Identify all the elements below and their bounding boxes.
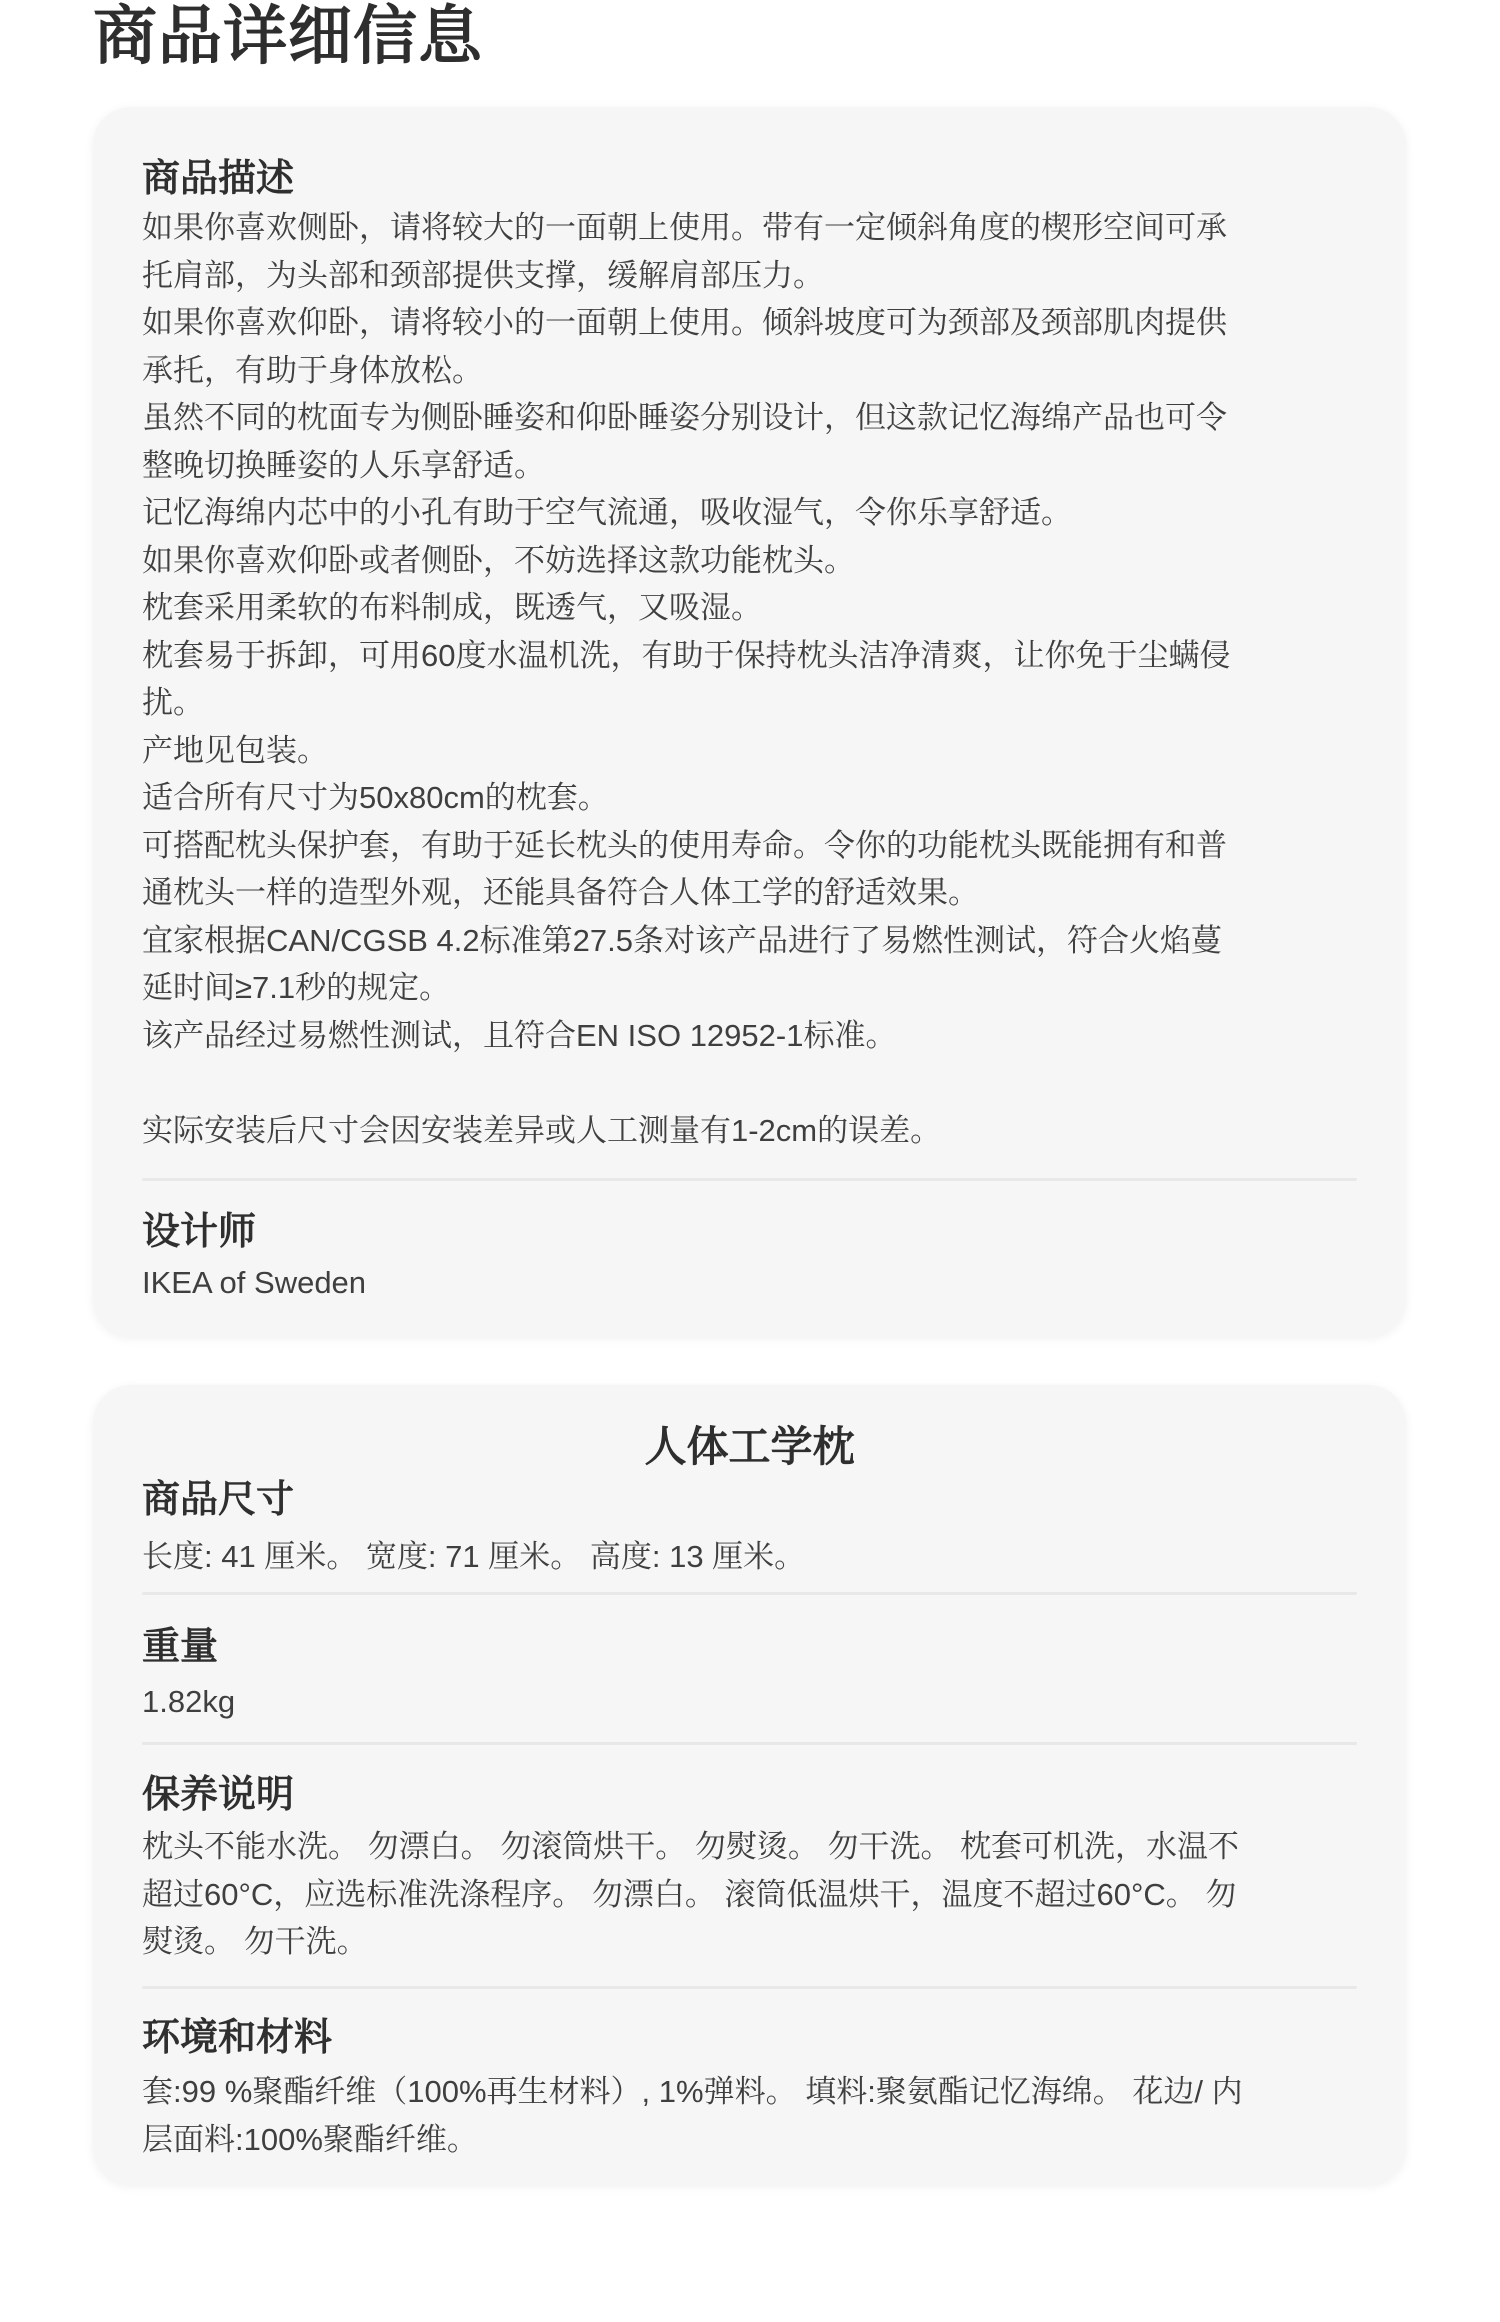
weight-value: 1.82kg xyxy=(142,1678,235,1726)
page-title: 商品详细信息 xyxy=(93,0,483,76)
description-text: 如果你喜欢侧卧，请将较大的一面朝上使用。带有一定倾斜角度的楔形空间可承 托肩部，… xyxy=(142,204,1357,1154)
description-line: 枕套采用柔软的布料制成，既透气，又吸湿。 xyxy=(142,584,1357,632)
divider xyxy=(142,1592,1357,1595)
dimensions-value: 长度: 41 厘米。 宽度: 71 厘米。 高度: 13 厘米。 xyxy=(142,1533,805,1581)
description-line: 记忆海绵内芯中的小孔有助于空气流通，吸收湿气，令你乐享舒适。 xyxy=(142,489,1357,537)
dimensions-heading: 商品尺寸 xyxy=(142,1476,294,1524)
description-line: 延时间≥7.1秒的规定。 xyxy=(142,964,1357,1012)
description-line: 承托，有助于身体放松。 xyxy=(142,347,1357,395)
description-line: 适合所有尺寸为50x80cm的枕套。 xyxy=(142,774,1357,822)
care-heading: 保养说明 xyxy=(142,1771,294,1819)
divider xyxy=(142,1986,1357,1989)
weight-heading: 重量 xyxy=(142,1623,218,1671)
materials-line: 套:99 %聚酯纤维（100%再生材料）, 1%弹料。 填料:聚氨酯记忆海绵。 … xyxy=(142,2068,1372,2116)
description-line: 整晚切换睡姿的人乐享舒适。 xyxy=(142,442,1357,490)
description-blank-line xyxy=(142,1059,1357,1107)
description-line: 宜家根据CAN/CGSB 4.2标准第27.5条对该产品进行了易燃性测试，符合火… xyxy=(142,917,1357,965)
description-line: 如果你喜欢仰卧，请将较小的一面朝上使用。倾斜坡度可为颈部及颈部肌肉提供 xyxy=(142,299,1357,347)
designer-heading: 设计师 xyxy=(142,1208,256,1256)
description-line: 托肩部，为头部和颈部提供支撑，缓解肩部压力。 xyxy=(142,252,1357,300)
care-text: 枕头不能水洗。 勿漂白。 勿滚筒烘干。 勿熨烫。 勿干洗。 枕套可机洗，水温不 … xyxy=(142,1823,1372,1966)
divider xyxy=(142,1742,1357,1745)
care-line: 熨烫。 勿干洗。 xyxy=(142,1918,1372,1966)
description-line: 产地见包装。 xyxy=(142,727,1357,775)
care-line: 枕头不能水洗。 勿漂白。 勿滚筒烘干。 勿熨烫。 勿干洗。 枕套可机洗，水温不 xyxy=(142,1823,1372,1871)
description-line: 如果你喜欢仰卧或者侧卧，不妨选择这款功能枕头。 xyxy=(142,537,1357,585)
care-line: 超过60°C，应选标准洗涤程序。 勿漂白。 滚筒低温烘干，温度不超过60°C。 … xyxy=(142,1871,1372,1919)
description-line: 扰。 xyxy=(142,679,1357,727)
description-heading: 商品描述 xyxy=(142,155,294,203)
materials-text: 套:99 %聚酯纤维（100%再生材料）, 1%弹料。 填料:聚氨酯记忆海绵。 … xyxy=(142,2068,1372,2163)
description-line: 虽然不同的枕面专为侧卧睡姿和仰卧睡姿分别设计，但这款记忆海绵产品也可令 xyxy=(142,394,1357,442)
materials-line: 层面料:100%聚酯纤维。 xyxy=(142,2116,1372,2164)
description-card: 商品描述 如果你喜欢侧卧，请将较大的一面朝上使用。带有一定倾斜角度的楔形空间可承… xyxy=(93,107,1406,1337)
description-line: 该产品经过易燃性测试，且符合EN ISO 12952-1标准。 xyxy=(142,1012,1357,1060)
product-name: 人体工学枕 xyxy=(93,1421,1406,1473)
description-line: 可搭配枕头保护套，有助于延长枕头的使用寿命。令你的功能枕头既能拥有和普 xyxy=(142,822,1357,870)
specs-card: 人体工学枕 商品尺寸 长度: 41 厘米。 宽度: 71 厘米。 高度: 13 … xyxy=(93,1385,1406,2185)
description-line: 通枕头一样的造型外观，还能具备符合人体工学的舒适效果。 xyxy=(142,869,1357,917)
designer-value: IKEA of Sweden xyxy=(142,1259,366,1307)
description-line: 枕套易于拆卸，可用60度水温机洗，有助于保持枕头洁净清爽，让你免于尘螨侵 xyxy=(142,632,1357,680)
divider xyxy=(142,1178,1357,1181)
description-line: 实际安装后尺寸会因安装差异或人工测量有1-2cm的误差。 xyxy=(142,1107,1357,1155)
materials-heading: 环境和材料 xyxy=(142,2014,332,2062)
description-line: 如果你喜欢侧卧，请将较大的一面朝上使用。带有一定倾斜角度的楔形空间可承 xyxy=(142,204,1357,252)
